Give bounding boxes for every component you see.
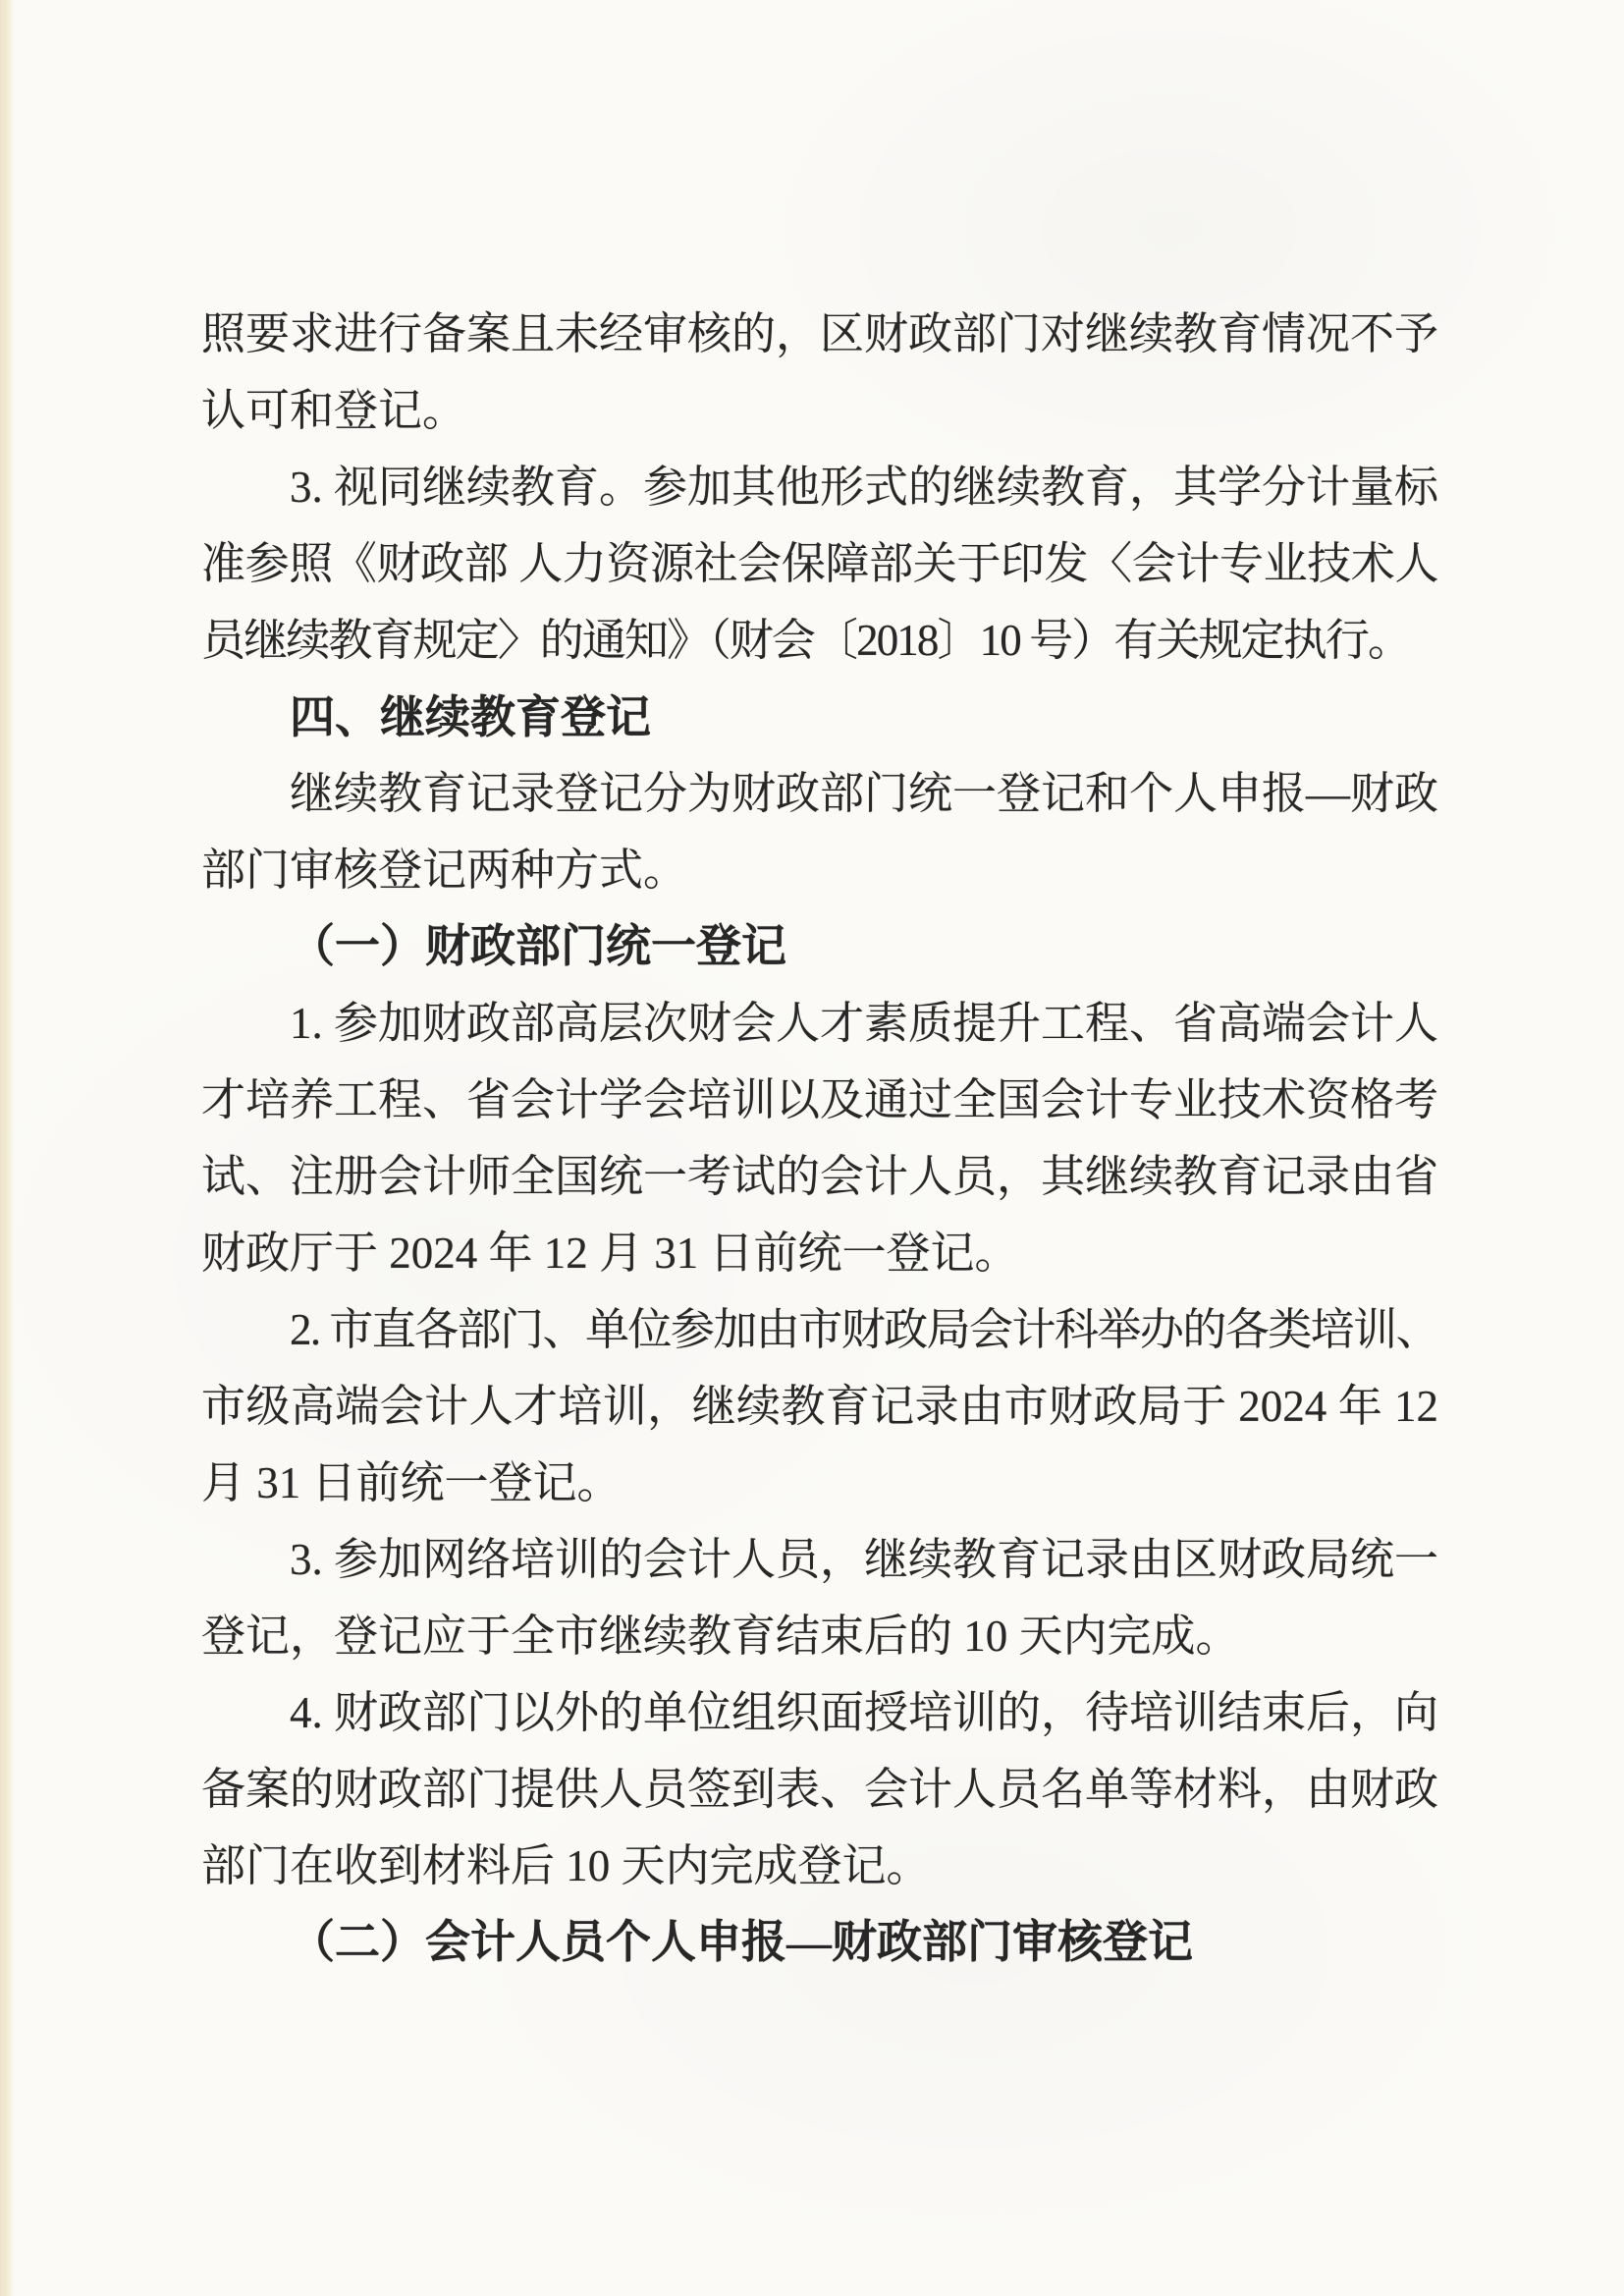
- text-line: 部门审核登记两种方式。: [201, 832, 1438, 908]
- text-line: 继续教育记录登记分为财政部门统一登记和个人申报—财政: [201, 755, 1438, 832]
- text-line: 部门在收到材料后 10 天内完成登记。: [201, 1828, 1438, 1904]
- scan-edge-strip: [0, 0, 14, 2296]
- text-line: 备案的财政部门提供人员签到表、会计人员名单等材料，由财政: [201, 1751, 1438, 1828]
- text-line: 照要求进行备案且未经审核的，区财政部门对继续教育情况不予: [201, 296, 1438, 372]
- text-line: 3. 参加网络培训的会计人员，继续教育记录由区财政局统一: [201, 1521, 1438, 1598]
- text-line: 3. 视同继续教育。参加其他形式的继续教育，其学分计量标: [201, 449, 1438, 525]
- section-heading: 四、继续教育登记: [201, 679, 1438, 755]
- sub-heading: （一）财政部门统一登记: [201, 908, 1438, 985]
- text-line: 4. 财政部门以外的单位组织面授培训的，待培训结束后，向: [201, 1674, 1438, 1751]
- heading-text: 四、继续教育登记: [201, 679, 1438, 755]
- paragraph: 1. 参加财政部高层次财会人才素质提升工程、省高端会计人 才培养工程、省会计学会…: [201, 985, 1438, 1291]
- text-line: 员继续教育规定〉的通知》（财会〔2018〕10 号）有关规定执行。: [201, 602, 1438, 679]
- text-line: 2. 市直各部门、单位参加由市财政局会计科举办的各类培训、: [201, 1291, 1438, 1368]
- text-line: 财政厅于 2024 年 12 月 31 日前统一登记。: [201, 1215, 1438, 1291]
- paragraph: 3. 参加网络培训的会计人员，继续教育记录由区财政局统一 登记，登记应于全市继续…: [201, 1521, 1438, 1674]
- text-line: 登记，登记应于全市继续教育结束后的 10 天内完成。: [201, 1598, 1438, 1674]
- paragraph: 4. 财政部门以外的单位组织面授培训的，待培训结束后，向 备案的财政部门提供人员…: [201, 1674, 1438, 1904]
- text-line: 1. 参加财政部高层次财会人才素质提升工程、省高端会计人: [201, 985, 1438, 1062]
- text-line: 试、注册会计师全国统一考试的会计人员，其继续教育记录由省: [201, 1138, 1438, 1215]
- text-line: 月 31 日前统一登记。: [201, 1445, 1438, 1521]
- paragraph: 3. 视同继续教育。参加其他形式的继续教育，其学分计量标 准参照《财政部 人力资…: [201, 449, 1438, 679]
- text-line: 才培养工程、省会计学会培训以及通过全国会计专业技术资格考: [201, 1062, 1438, 1138]
- sub-heading: （二）会计人员个人申报—财政部门审核登记: [201, 1904, 1438, 1981]
- text-line: 市级高端会计人才培训，继续教育记录由市财政局于 2024 年 12: [201, 1368, 1438, 1445]
- paragraph: 2. 市直各部门、单位参加由市财政局会计科举办的各类培训、 市级高端会计人才培训…: [201, 1291, 1438, 1521]
- text-line: 认可和登记。: [201, 372, 1438, 449]
- heading-text: （一）财政部门统一登记: [201, 908, 1438, 985]
- text-line: 准参照《财政部 人力资源社会保障部关于印发〈会计专业技术人: [201, 525, 1438, 602]
- paragraph-continuation: 照要求进行备案且未经审核的，区财政部门对继续教育情况不予 认可和登记。: [201, 296, 1438, 449]
- document-page: 照要求进行备案且未经审核的，区财政部门对继续教育情况不予 认可和登记。 3. 视…: [0, 0, 1624, 2296]
- paragraph: 继续教育记录登记分为财政部门统一登记和个人申报—财政 部门审核登记两种方式。: [201, 755, 1438, 908]
- heading-text: （二）会计人员个人申报—财政部门审核登记: [201, 1904, 1438, 1981]
- document-body: 照要求进行备案且未经审核的，区财政部门对继续教育情况不予 认可和登记。 3. 视…: [201, 296, 1438, 1981]
